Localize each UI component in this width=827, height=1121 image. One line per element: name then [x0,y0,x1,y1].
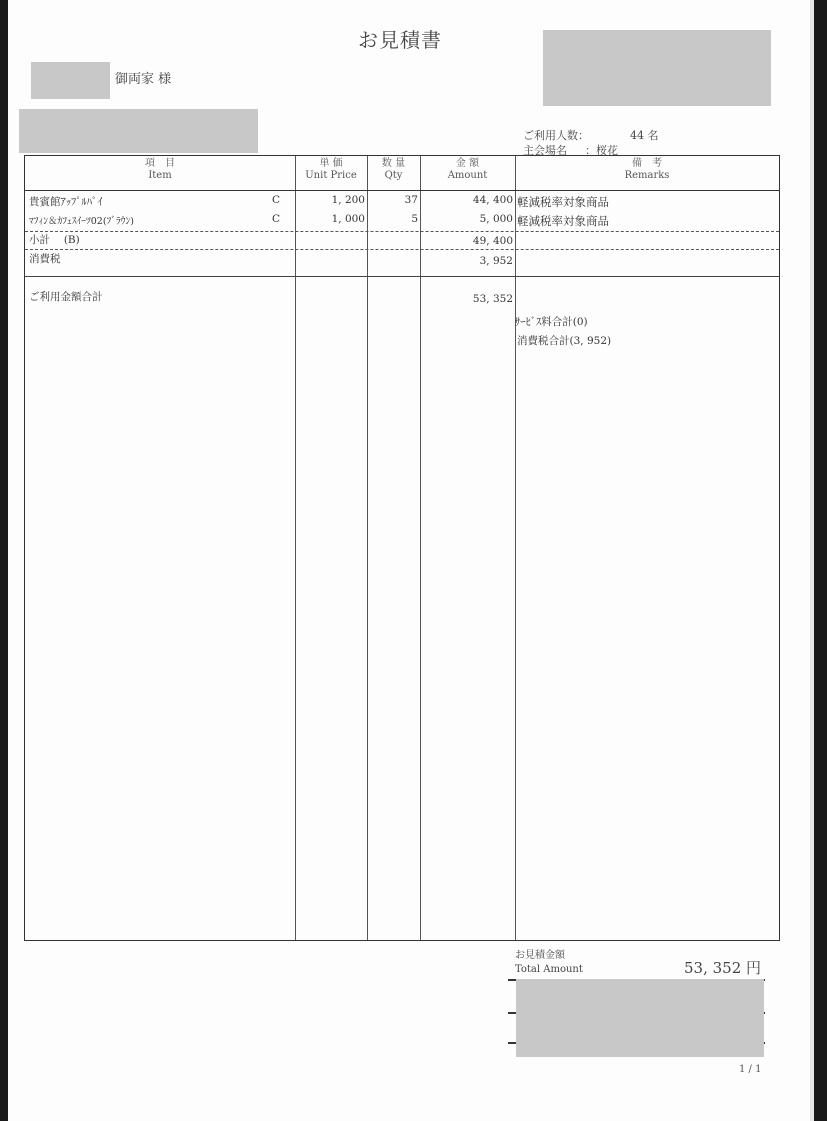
row2-code: C [272,213,280,225]
row2-remarks: 軽減税率対象商品 [517,213,609,229]
subtotal-label: 小計 (B) [29,232,80,247]
tax-amount: 3, 952 [420,255,513,267]
row2-qty: 5 [367,213,418,225]
customer-suffix: 御両家 様 [115,68,171,87]
estimate-table: 項 目Item 単 価Unit Price 数 量Qty 金 額Amount 備… [24,155,780,941]
row1-unit-price: 1, 200 [295,194,365,206]
guest-count-value: 44 名 [630,127,659,143]
guest-count-label: ご利用人数： [523,129,589,142]
redacted-customer-name [31,62,110,99]
header-item: 項 目Item [25,158,295,182]
redacted-address [19,109,258,153]
row2-amount: 5, 000 [420,213,513,225]
total-amount-value: 53, 352 円 [684,957,761,978]
tax-label: 消費税 [29,251,61,266]
redacted-company-info [543,30,771,106]
document-title: お見積書 [358,24,442,53]
header-unit-price: 単 価Unit Price [295,158,367,182]
subtotal-amount: 49, 400 [420,235,513,247]
total-amount-label: お見積金額 Total Amount [515,949,583,977]
row1-qty: 37 [367,194,418,206]
row2-unit-price: 1, 000 [295,213,365,225]
row1-code: C [272,194,280,206]
row1-item: 貴賓館ｱｯﾌﾟﾙﾊﾟｲ [29,194,103,209]
row1-remarks: 軽減税率対象商品 [517,194,609,210]
grand-total-amount: 53, 352 [420,293,513,305]
header-amount: 金 額Amount [420,158,515,182]
page-edge [810,0,814,1121]
row2-item: ﾏﾌｨﾝ＆ｶﾌｪｽｲｰﾂ02(ﾌﾞﾗｳﾝ) [29,213,134,227]
redacted-footer-info [516,979,764,1057]
note-tax-total: 消費税合計(3, 952) [517,333,611,348]
header-qty: 数 量Qty [367,158,420,182]
grand-total-label: ご利用金額合計 [29,289,103,304]
page-indicator: 1 / 1 [739,1064,761,1075]
header-remarks: 備 考Remarks [515,158,779,182]
row1-amount: 44, 400 [420,194,513,206]
guest-count: ご利用人数： 44 名 [523,127,589,143]
note-service-charge: ｻｰﾋﾞｽ料合計(0) [515,314,588,329]
